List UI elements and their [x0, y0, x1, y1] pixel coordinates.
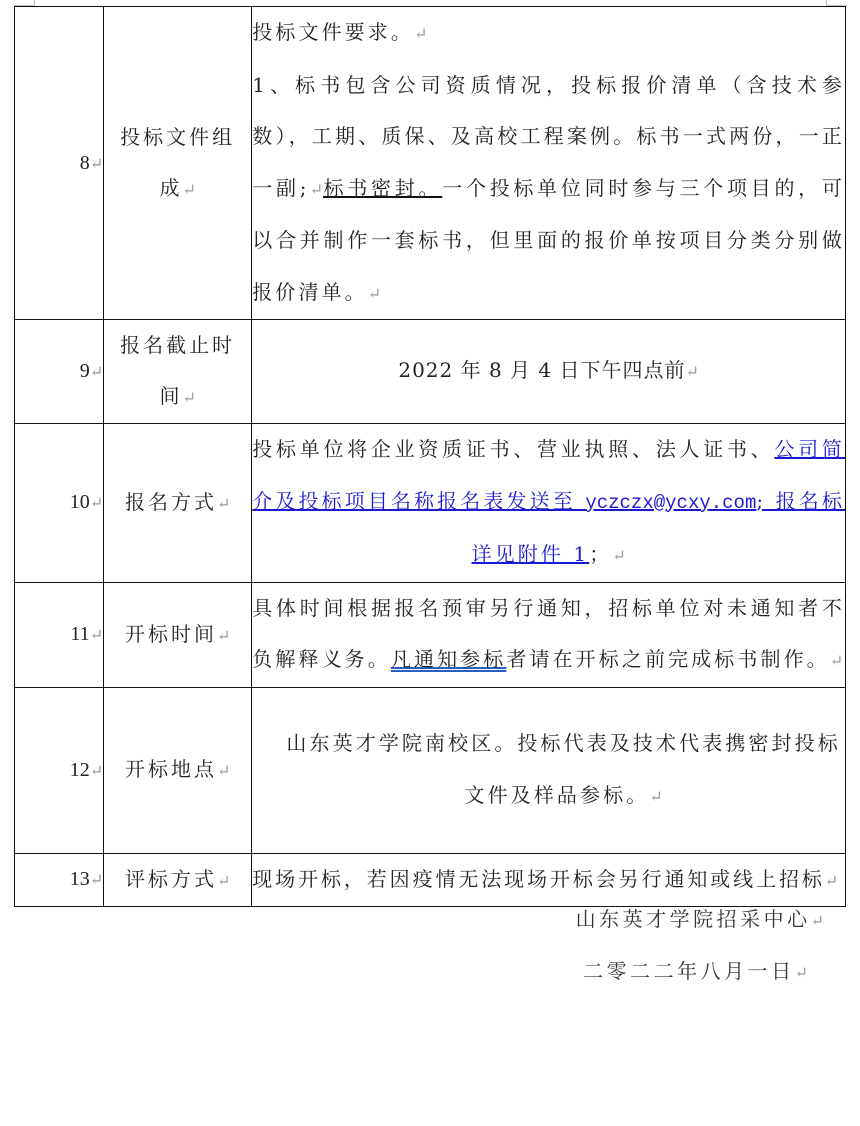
return-mark-icon: ↵: [90, 495, 103, 512]
row-content: 山东英才学院南校区。投标代表及技术代表携密封投标文件及样品参标。↵: [252, 687, 846, 853]
row-label: 报名方式↵: [104, 424, 252, 583]
table-row: 13↵ 评标方式↵ 现场开标，若因疫情无法现场开标会另行通知或线上招标↵: [15, 853, 846, 907]
underlined-text: 标书密封。: [323, 176, 442, 200]
row-content: 具体时间根据报名预审另行通知，招标单位对未通知者不负解释义务。凡通知参标者请在开…: [252, 582, 846, 687]
return-mark-icon: ↵: [90, 627, 103, 644]
row-label: 投标文件组 成↵: [104, 7, 252, 320]
row-number: 11↵: [15, 582, 104, 687]
table-row: 12↵ 开标地点↵ 山东英才学院南校区。投标代表及技术代表携密封投标文件及样品参…: [15, 687, 846, 853]
email-link[interactable]: yczczx@ycxy.com: [585, 492, 756, 514]
return-mark-icon: ↵: [414, 24, 427, 43]
row-content: 投标文件要求。↵ 1、标书包含公司资质情况，投标报价清单（含技术参数），工期、质…: [252, 7, 846, 320]
return-mark-icon: ↵: [649, 787, 662, 806]
table-row: 9↵ 报名截止时 间↵ 2022 年 8 月 4 日下午四点前↵: [15, 320, 846, 424]
return-mark-icon: ↵: [90, 156, 103, 173]
return-mark-icon: ↵: [90, 364, 103, 381]
row-number: 8↵: [15, 7, 104, 320]
bidding-info-table: 8↵ 投标文件组 成↵ 投标文件要求。↵ 1、标书包含公司资质情况，投标报价清单…: [14, 6, 846, 907]
return-mark-icon: ↵: [612, 546, 625, 565]
row-label: 报名截止时 间↵: [104, 320, 252, 424]
row-number: 12↵: [15, 687, 104, 853]
return-mark-icon: ↵: [182, 180, 195, 199]
return-mark-icon: ↵: [90, 763, 103, 780]
row-content: 现场开标，若因疫情无法现场开标会另行通知或线上招标↵: [252, 853, 846, 907]
row-label: 开标时间↵: [104, 582, 252, 687]
row-number: 13↵: [15, 853, 104, 907]
return-mark-icon: ↵: [90, 872, 103, 889]
return-mark-icon: ↵: [310, 180, 323, 199]
table-row: 11↵ 开标时间↵ 具体时间根据报名预审另行通知，招标单位对未通知者不负解释义务…: [15, 582, 846, 687]
row-content: 2022 年 8 月 4 日下午四点前↵: [252, 320, 846, 424]
return-mark-icon: ↵: [795, 963, 808, 982]
row-number: 9↵: [15, 320, 104, 424]
row-label: 评标方式↵: [104, 853, 252, 907]
signature-date: 二零二二年八月一日↵: [583, 955, 808, 984]
grammar-underline-text: 凡通知参标: [391, 647, 507, 671]
return-mark-icon: ↵: [830, 651, 843, 670]
return-mark-icon: ↵: [182, 388, 195, 407]
return-mark-icon: ↵: [217, 494, 230, 513]
return-mark-icon: ↵: [217, 626, 230, 645]
signature-organization: 山东英才学院招采中心↵: [576, 903, 824, 932]
row-label: 开标地点↵: [104, 687, 252, 853]
return-mark-icon: ↵: [811, 911, 824, 930]
return-mark-icon: ↵: [825, 871, 838, 890]
row-number: 10↵: [15, 424, 104, 583]
return-mark-icon: ↵: [686, 362, 699, 381]
table-row: 10↵ 报名方式↵ 投标单位将企业资质证书、营业执照、法人证书、公司简介及投标项…: [15, 424, 846, 583]
return-mark-icon: ↵: [217, 871, 230, 890]
table-row: 8↵ 投标文件组 成↵ 投标文件要求。↵ 1、标书包含公司资质情况，投标报价清单…: [15, 7, 846, 320]
return-mark-icon: ↵: [217, 761, 230, 780]
return-mark-icon: ↵: [368, 284, 381, 303]
row-content: 投标单位将企业资质证书、营业执照、法人证书、公司简介及投标项目名称报名表发送至 …: [252, 424, 846, 583]
